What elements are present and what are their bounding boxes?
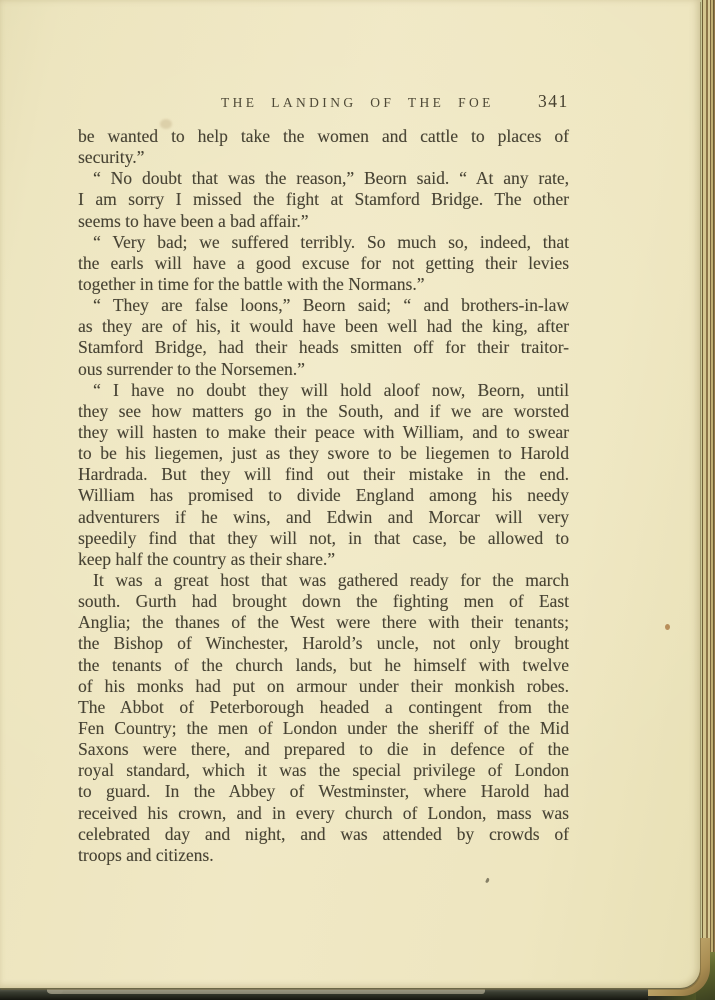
text-line: security.” [78, 147, 569, 168]
text-line: The Abbot of Peterborough headed a conti… [78, 697, 569, 718]
text-line: they will hasten to make their peace wit… [78, 422, 569, 443]
book-page-scan: THE LANDING OF THE FOE 341 be wanted to … [0, 0, 715, 1000]
book-bottom-shadow [0, 986, 648, 1000]
text-line: royal standard, which it was the special… [78, 760, 569, 781]
page-number: 341 [538, 91, 569, 112]
page-edge-stack [698, 0, 715, 952]
text-line: as they are of his, it would have been w… [78, 316, 569, 337]
text-line: I am sorry I missed the fight at Stamfor… [78, 189, 569, 210]
text-line: to be his liegemen, just as they swore t… [78, 443, 569, 464]
text-line: William has promised to divide England a… [78, 485, 569, 506]
running-title: THE LANDING OF THE FOE [221, 95, 494, 111]
text-line: Saxons were there, and prepared to die i… [78, 739, 569, 760]
text-line: celebrated day and night, and was attend… [78, 824, 569, 845]
text-line: ous surrender to the Norsemen.” [78, 359, 569, 380]
text-line: It was a great host that was gathered re… [78, 570, 569, 591]
page-paper: THE LANDING OF THE FOE 341 be wanted to … [0, 0, 700, 988]
stray-ink-mark [485, 878, 490, 884]
text-line: “ No doubt that was the reason,” Beorn s… [78, 168, 569, 189]
text-line: be wanted to help take the women and cat… [78, 126, 569, 147]
text-line: “ They are false loons,” Beorn said; “ a… [78, 295, 569, 316]
text-line: Fen Country; the men of London under the… [78, 718, 569, 739]
text-line: together in time for the battle with the… [78, 274, 569, 295]
text-line: speedily find that they will not, in tha… [78, 528, 569, 549]
text-line: received his crown, and in every church … [78, 803, 569, 824]
text-line: to guard. In the Abbey of Westminster, w… [78, 781, 569, 802]
text-line: the Bishop of Winchester, Harold’s uncle… [78, 633, 569, 654]
text-line: Anglia; the thanes of the West were ther… [78, 612, 569, 633]
text-line: Stamford Bridge, had their heads smitten… [78, 337, 569, 358]
body-text: be wanted to help take the women and cat… [78, 126, 569, 866]
text-line: the earls will have a good excuse for no… [78, 253, 569, 274]
text-line: south. Gurth had brought down the fighti… [78, 591, 569, 612]
text-line: “ Very bad; we suffered terribly. So muc… [78, 232, 569, 253]
text-line: keep half the country as their share.” [78, 549, 569, 570]
paper-smudge [160, 119, 172, 129]
text-line: troops and citizens. [78, 845, 569, 866]
text-line: “ I have no doubt they will hold aloof n… [78, 380, 569, 401]
text-line: adventurers if he wins, and Edwin and Mo… [78, 507, 569, 528]
text-line: they see how matters go in the South, an… [78, 401, 569, 422]
text-line: of his monks had put on armour under the… [78, 676, 569, 697]
running-header: THE LANDING OF THE FOE 341 [0, 0, 700, 30]
paper-speck [665, 624, 670, 630]
text-line: the tenants of the church lands, but he … [78, 655, 569, 676]
text-line: seems to have been a bad affair.” [78, 211, 569, 232]
text-line: Hardrada. But they will find out their m… [78, 464, 569, 485]
